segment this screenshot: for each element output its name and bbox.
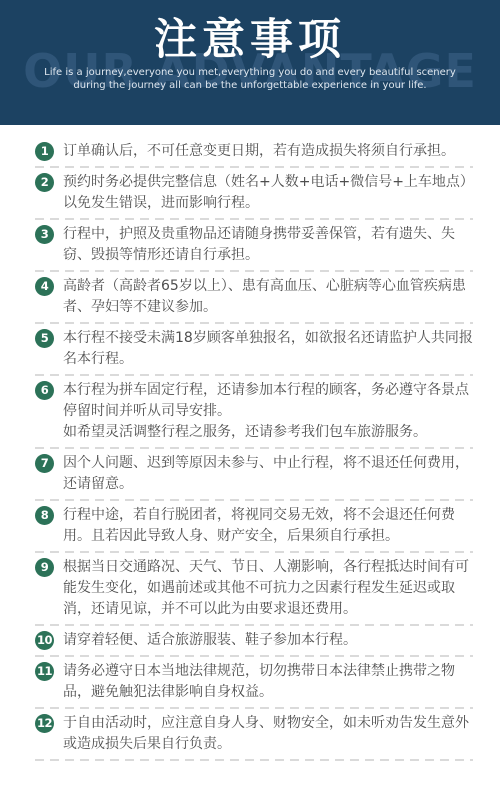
notice-text: 订单确认后，不可任意变更日期，若有造成损失将须自行承担。 [63, 141, 473, 162]
notice-item: 1 订单确认后，不可任意变更日期，若有造成损失将须自行承担。 [35, 139, 473, 164]
notice-item: 3 行程中，护照及贵重物品还请随身携带妥善保管，若有遗失、失窃、毁损等情形还请自… [35, 222, 473, 268]
notice-item: 6 本行程为拼车固定行程，还请参加本行程的顾客，务必遵守各景点停留时间并听从司导… [35, 378, 473, 445]
item-number-badge: 8 [35, 506, 54, 525]
notice-page: OUR ADVANTAGE 注意事项 Life is a journey,eve… [0, 0, 500, 788]
notice-item: 4 高龄者（高龄者65岁以上）、患有高血压、心脏病等心血管疾病患者、孕妇等不建议… [35, 274, 473, 320]
dashed-divider [35, 270, 473, 272]
dashed-divider [35, 551, 473, 553]
item-number-badge: 10 [35, 631, 54, 650]
dashed-divider [35, 374, 473, 376]
dashed-divider [35, 655, 473, 657]
notice-text: 于自由活动时，应注意自身人身、财物安全，如未听劝告发生意外或造成损失后果自行负责… [63, 713, 473, 755]
notice-text: 行程中，护照及贵重物品还请随身携带妥善保管，若有遗失、失窃、毁损等情形还请自行承… [63, 224, 473, 266]
item-number-badge: 5 [35, 329, 54, 348]
notice-text: 请穿着轻便、适合旅游服装、鞋子参加本行程。 [63, 630, 473, 651]
item-number-badge: 11 [35, 662, 54, 681]
item-number-badge: 4 [35, 277, 54, 296]
dashed-divider [35, 759, 473, 761]
notice-text: 因个人问题、迟到等原因未参与、中止行程，将不退还任何费用，还请留意。 [63, 453, 473, 495]
notice-text: 根据当日交通路况、天气、节日、人潮影响，各行程抵达时间有可能发生变化，如遇前述或… [63, 557, 473, 620]
notice-text: 请务必遵守日本当地法律规范，切勿携带日本法律禁止携带之物品，避免触犯法律影响自身… [63, 661, 473, 703]
notice-list: 1 订单确认后，不可任意变更日期，若有造成损失将须自行承担。 2 预约时务必提供… [0, 125, 500, 761]
item-number-badge: 6 [35, 381, 54, 400]
item-number-badge: 3 [35, 225, 54, 244]
notice-text: 预约时务必提供完整信息（姓名+人数+电话+微信号+上车地点）以免发生错误，进而影… [63, 172, 473, 214]
page-header: OUR ADVANTAGE 注意事项 Life is a journey,eve… [0, 0, 500, 125]
notice-item: 11 请务必遵守日本当地法律规范，切勿携带日本法律禁止携带之物品，避免触犯法律影… [35, 659, 473, 705]
notice-item: 7 因个人问题、迟到等原因未参与、中止行程，将不退还任何费用，还请留意。 [35, 451, 473, 497]
item-number-badge: 7 [35, 454, 54, 473]
notice-text: 本行程为拼车固定行程，还请参加本行程的顾客，务必遵守各景点停留时间并听从司导安排… [63, 380, 473, 443]
dashed-divider [35, 322, 473, 324]
notice-item: 2 预约时务必提供完整信息（姓名+人数+电话+微信号+上车地点）以免发生错误，进… [35, 170, 473, 216]
notice-text: 行程中途，若自行脱团者，将视同交易无效，将不会退还任何费用。且若因此导致人身、财… [63, 505, 473, 547]
item-number-badge: 2 [35, 173, 54, 192]
notice-item: 5 本行程不接受未满18岁顾客单独报名，如欲报名还请监护人共同报名本行程。 [35, 326, 473, 372]
dashed-divider [35, 447, 473, 449]
dashed-divider [35, 707, 473, 709]
page-title: 注意事项 [0, 0, 500, 63]
item-number-badge: 12 [35, 714, 54, 733]
header-subtitle-line2: during the journey all can be the unforg… [0, 79, 500, 92]
notice-text: 本行程不接受未满18岁顾客单独报名，如欲报名还请监护人共同报名本行程。 [63, 328, 473, 370]
notice-item: 12 于自由活动时，应注意自身人身、财物安全，如未听劝告发生意外或造成损失后果自… [35, 711, 473, 757]
notice-item: 9 根据当日交通路况、天气、节日、人潮影响，各行程抵达时间有可能发生变化，如遇前… [35, 555, 473, 622]
dashed-divider [35, 499, 473, 501]
notice-item: 8 行程中途，若自行脱团者，将视同交易无效，将不会退还任何费用。且若因此导致人身… [35, 503, 473, 549]
dashed-divider [35, 166, 473, 168]
header-subtitle-line1: Life is a journey,everyone you met,every… [0, 66, 500, 79]
item-number-badge: 1 [35, 142, 54, 161]
dashed-divider [35, 218, 473, 220]
notice-item: 10 请穿着轻便、适合旅游服装、鞋子参加本行程。 [35, 628, 473, 653]
item-number-badge: 9 [35, 558, 54, 577]
dashed-divider [35, 624, 473, 626]
header-subtitle: Life is a journey,everyone you met,every… [0, 66, 500, 92]
notice-text: 高龄者（高龄者65岁以上）、患有高血压、心脏病等心血管疾病患者、孕妇等不建议参加… [63, 276, 473, 318]
